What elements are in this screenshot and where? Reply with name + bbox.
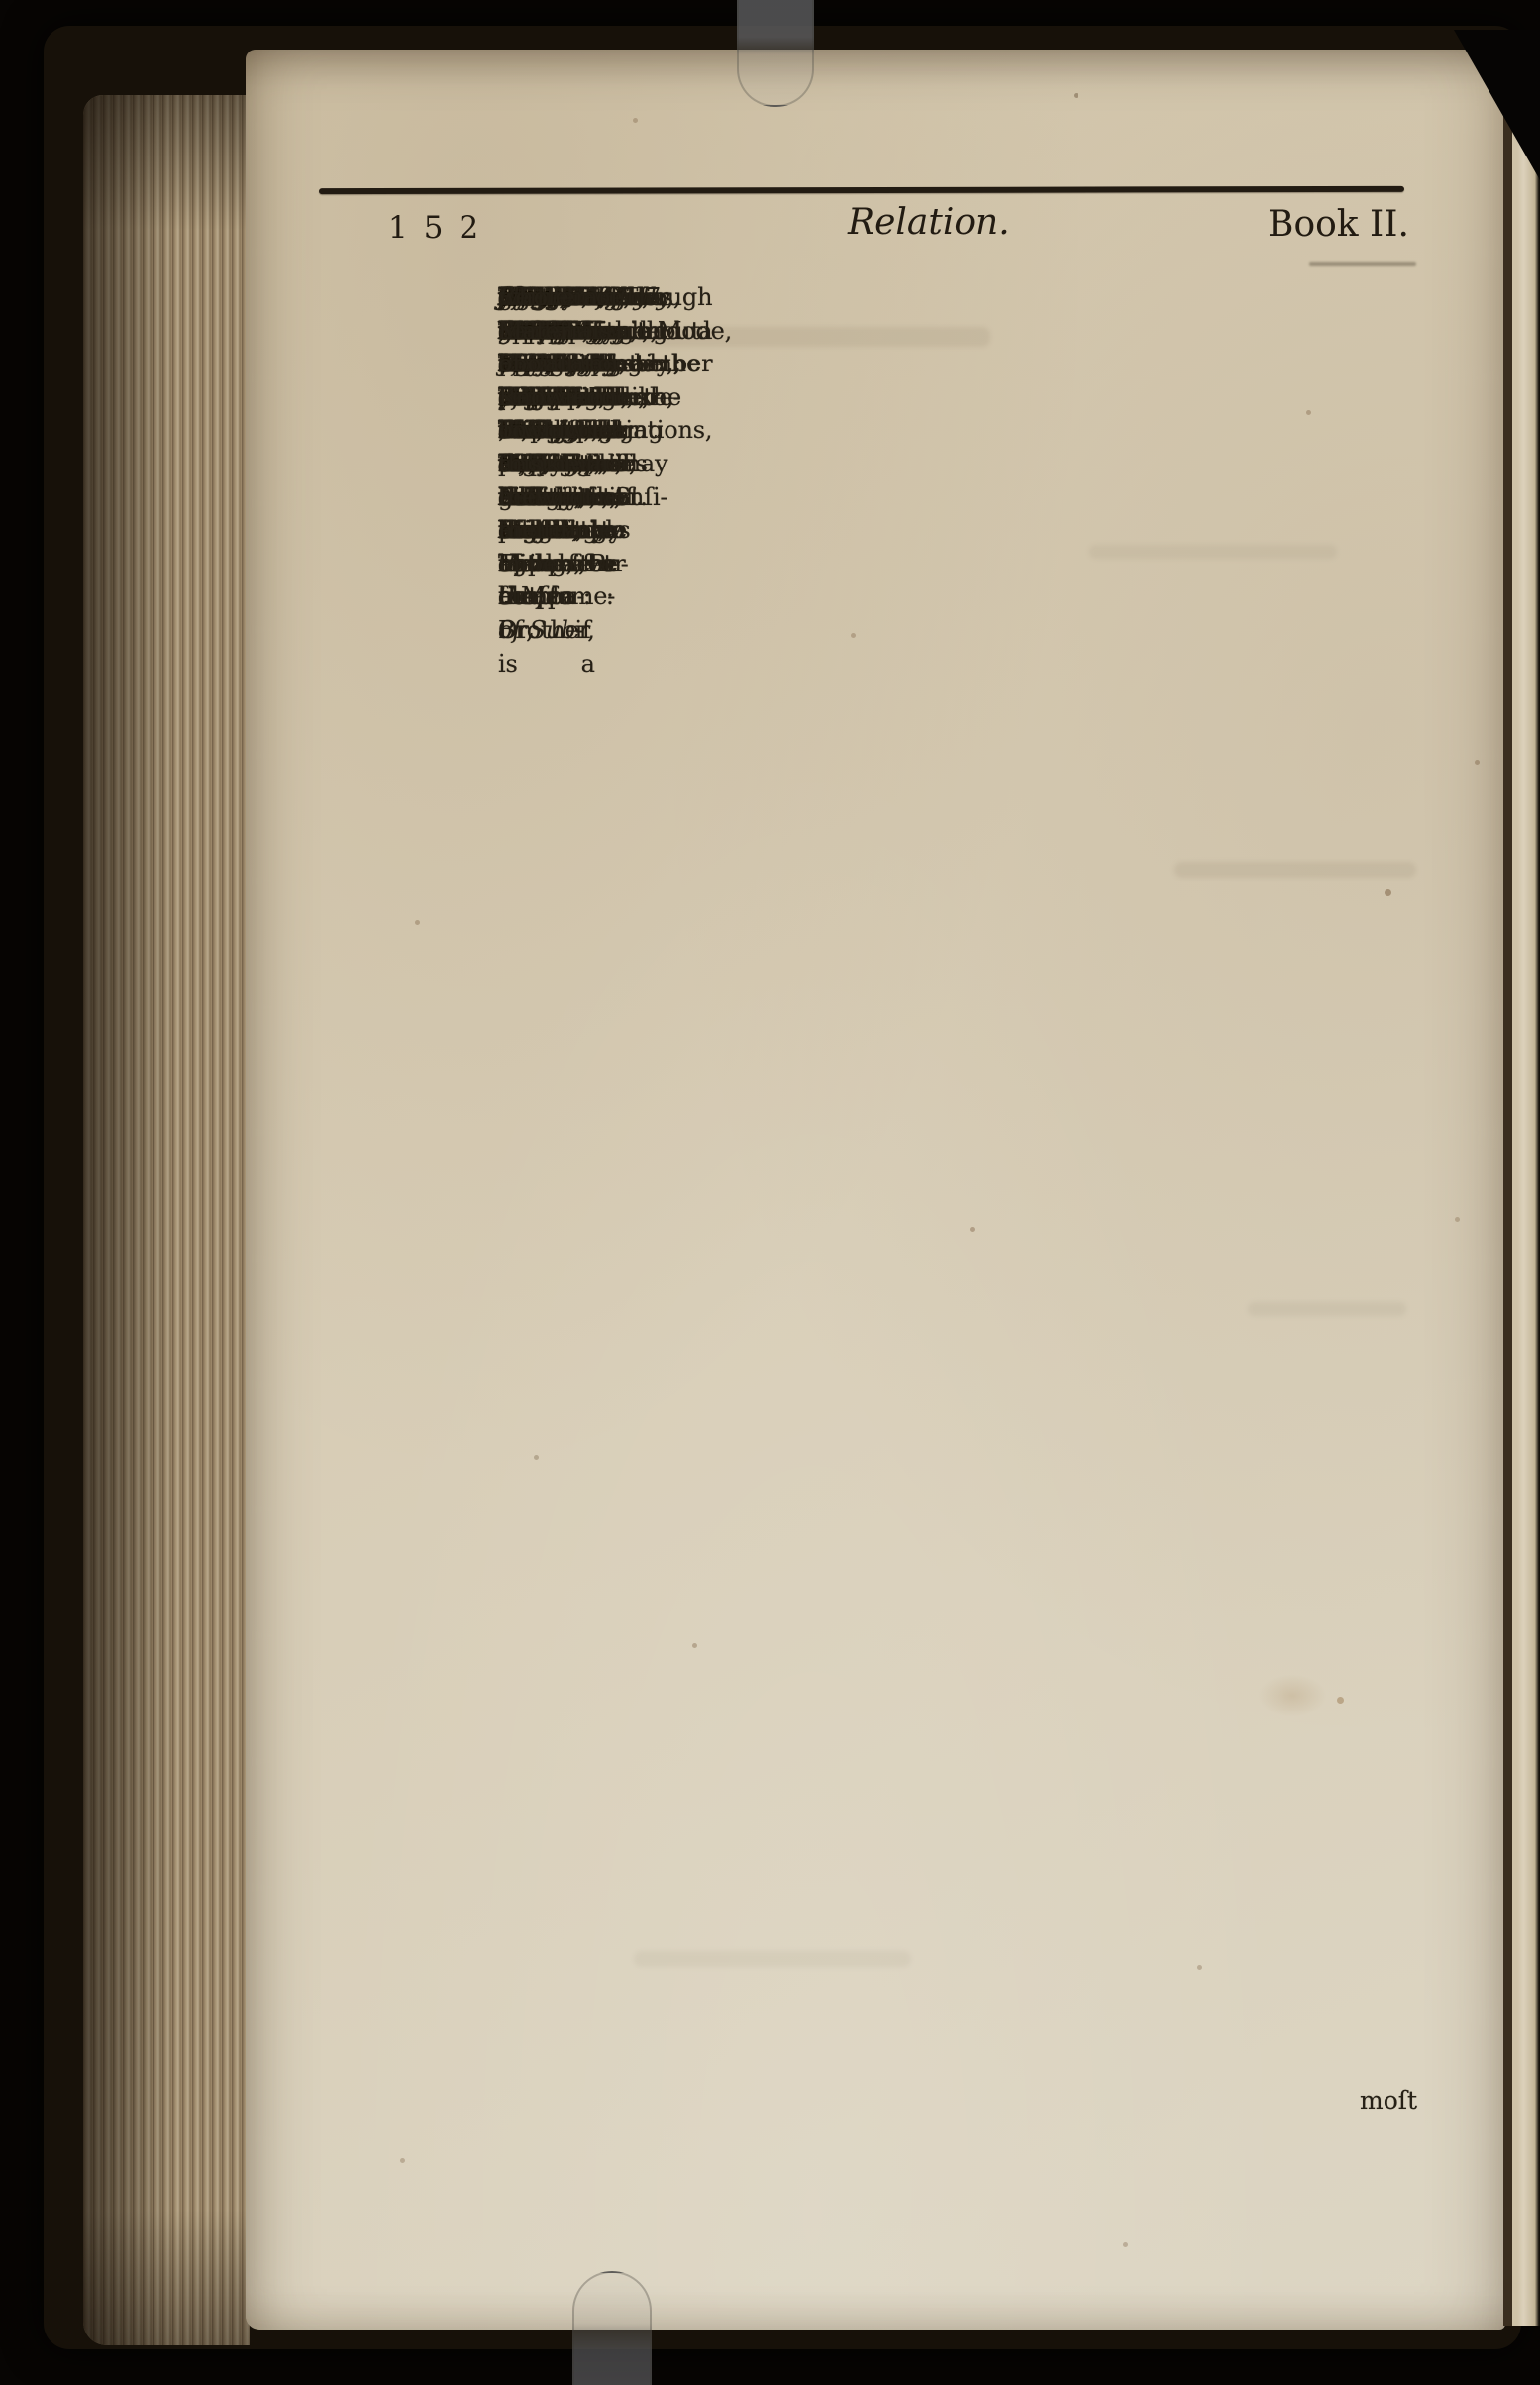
- foxing-stain: [1258, 1674, 1327, 1717]
- book-photo: 152 Relation. Book II. §. 7. Concerning …: [0, 0, 1540, 2385]
- book-label: Book II.: [1268, 204, 1409, 245]
- page-edges-stack: [83, 95, 250, 2345]
- running-title: Relation.: [848, 202, 1010, 243]
- verso-show-through: [1089, 545, 1337, 559]
- page-number: 152: [388, 210, 494, 246]
- verso-show-through: [634, 1951, 911, 1967]
- book-page: [246, 50, 1505, 2330]
- facing-page-edge: [1503, 55, 1540, 2326]
- header-rule-offset: [1309, 262, 1416, 266]
- verso-show-through: [1248, 1302, 1406, 1316]
- catchword: moſt: [1360, 2086, 1417, 2115]
- verso-show-through: [1174, 862, 1416, 878]
- page-holder-strip-bottom: [572, 2271, 652, 2385]
- paper-specks: [0, 0, 3, 3]
- page-holder-strip-top: [737, 0, 814, 107]
